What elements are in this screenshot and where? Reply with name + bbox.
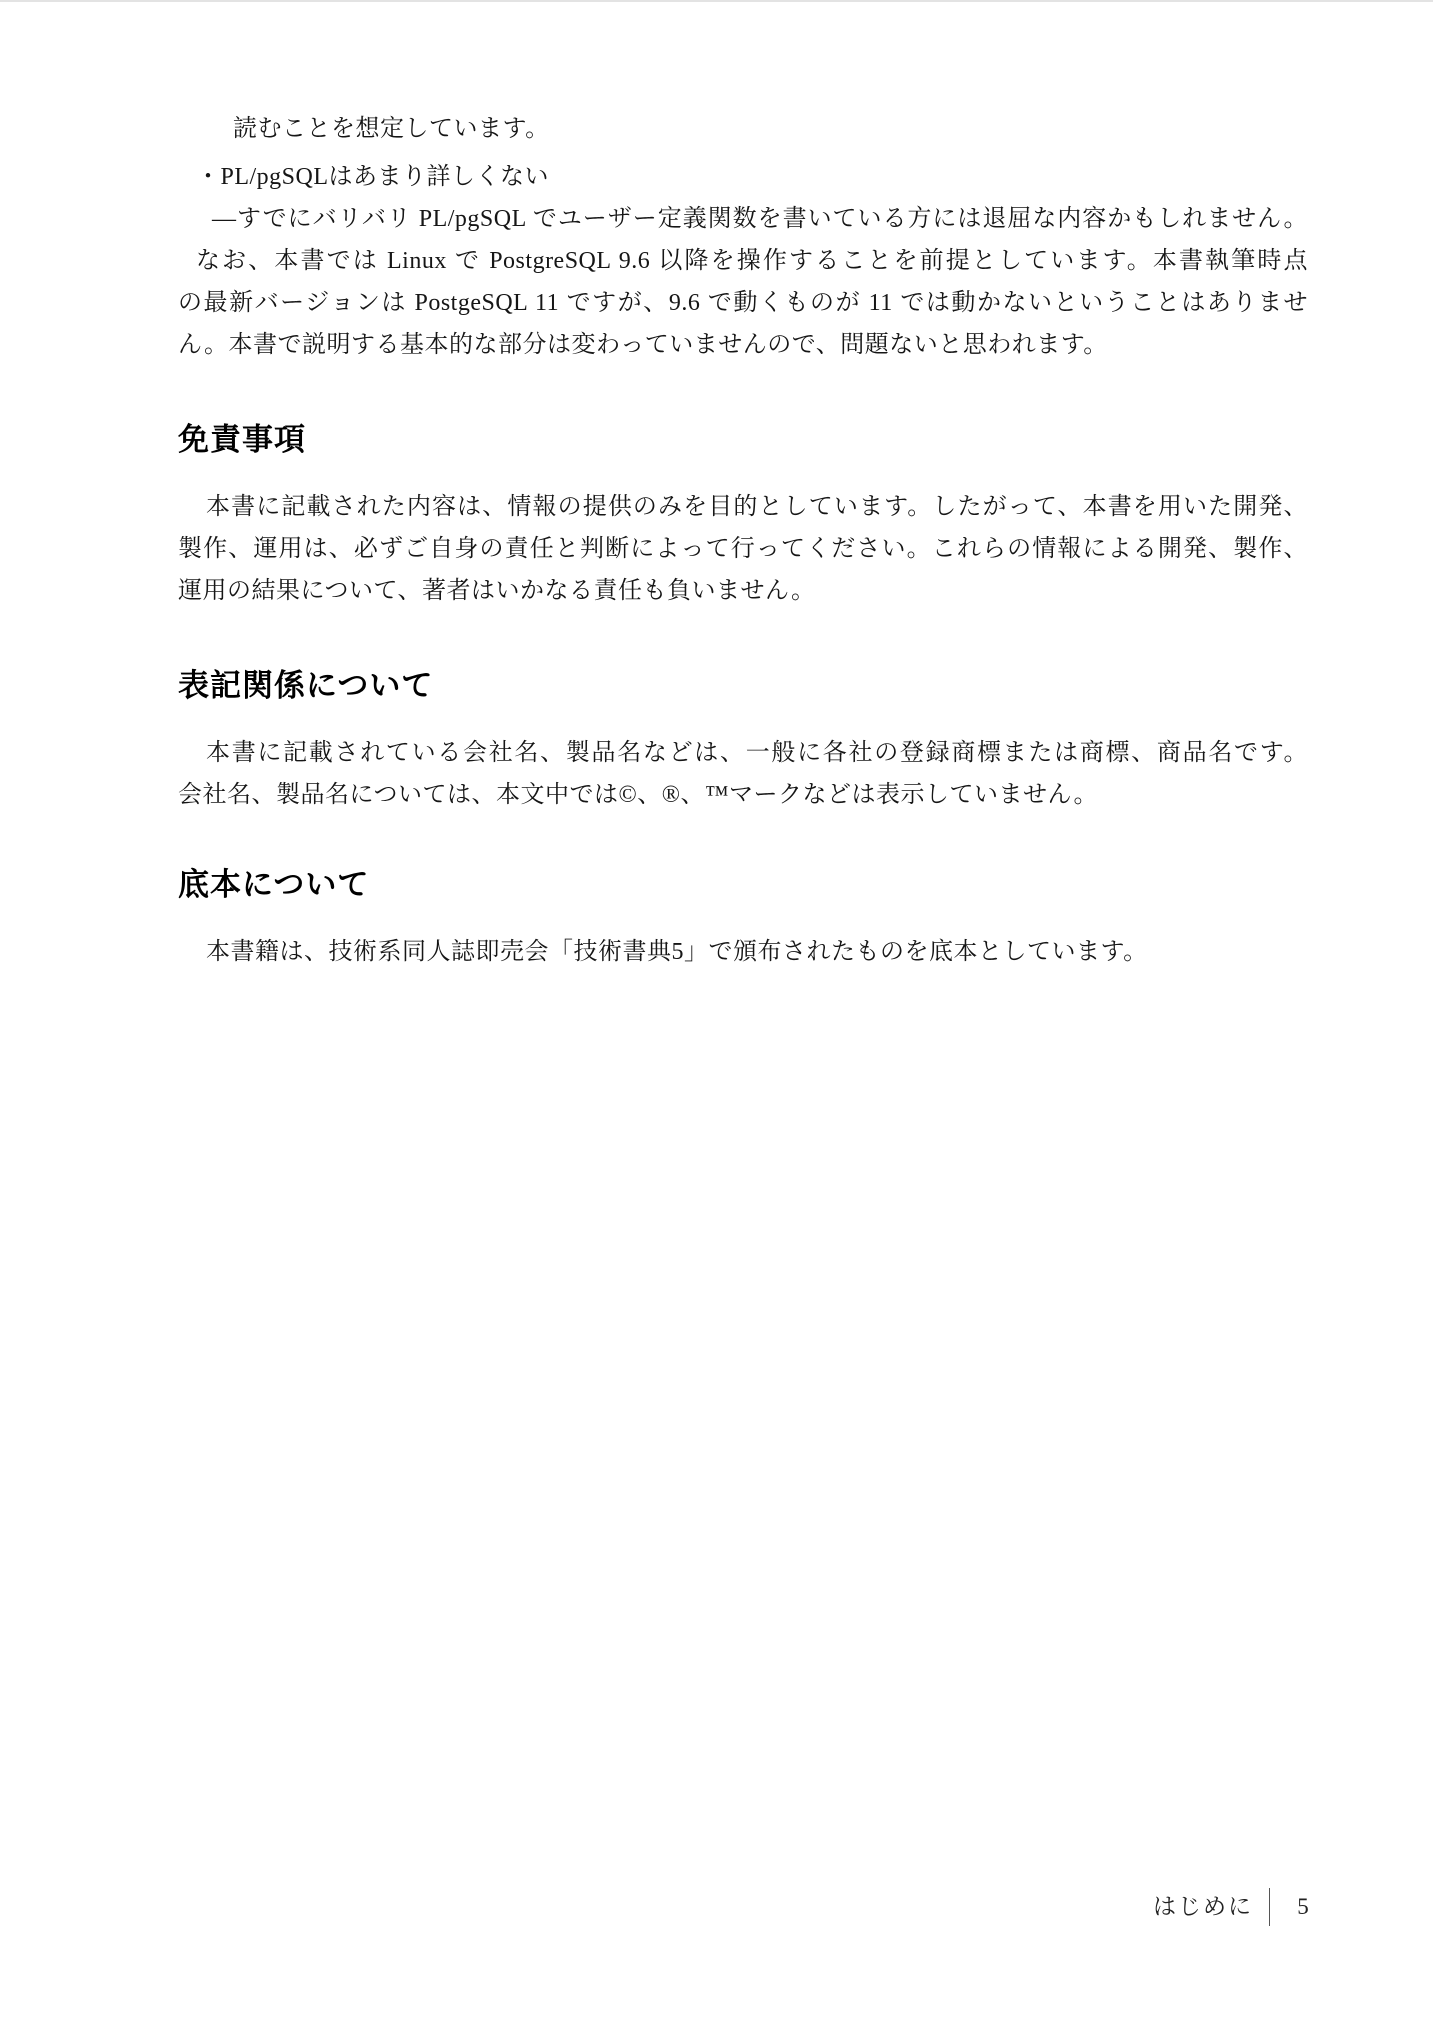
document-page: 読むことを想定しています。・PL/pgSQLはあまり詳しくない―すでにバリバリ …	[0, 0, 1433, 2024]
text-line: 本書に記載されている会社名、製品名などは、一般に各社の登録商標または商標、商品名…	[178, 732, 1308, 774]
text-line: 本書に記載された内容は、情報の提供のみを目的としています。したがって、本書を用い…	[178, 486, 1308, 528]
section-heading: 表記関係について	[178, 663, 1308, 709]
document-section: 底本について本書籍は、技術系同人誌即売会「技術書典5」で頒布されたものを底本とし…	[178, 862, 1308, 973]
text-line: 製作、運用は、必ずご自身の責任と判断によって行ってください。これらの情報による開…	[178, 528, 1308, 570]
intro-block: 読むことを想定しています。・PL/pgSQLはあまり詳しくない―すでにバリバリ …	[178, 108, 1308, 366]
footer-page-number: 5	[1296, 1886, 1310, 1928]
section-heading: 底本について	[178, 862, 1308, 908]
footer-section-label: はじめに	[1153, 1886, 1253, 1928]
text-line: 読むことを想定しています。	[178, 108, 1308, 150]
text-line: ・PL/pgSQLはあまり詳しくない	[178, 156, 1308, 198]
document-section: 免責事項本書に記載された内容は、情報の提供のみを目的としています。したがって、本…	[178, 417, 1308, 612]
text-line: 運用の結果について、著者はいかなる責任も負いません。	[178, 570, 1308, 612]
text-line: 会社名、製品名については、本文中では©、®、™マークなどは表示していません。	[178, 774, 1308, 816]
section-heading: 免責事項	[178, 417, 1308, 463]
document-section: 表記関係について本書に記載されている会社名、製品名などは、一般に各社の登録商標ま…	[178, 663, 1308, 816]
footer-divider	[1269, 1888, 1270, 1926]
text-line: なお、本書では Linux で PostgreSQL 9.6 以降を操作すること…	[178, 240, 1308, 282]
text-line: 本書籍は、技術系同人誌即売会「技術書典5」で頒布されたものを底本としています。	[178, 931, 1308, 973]
text-line: ―すでにバリバリ PL/pgSQL でユーザー定義関数を書いている方には退屈な内…	[178, 198, 1308, 240]
text-line: の最新バージョンは PostgeSQL 11 ですが、9.6 で動くものが 11…	[178, 282, 1308, 324]
text-line: ん。本書で説明する基本的な部分は変わっていませんので、問題ないと思われます。	[178, 324, 1308, 366]
page-footer: はじめに 5	[1153, 1886, 1310, 1928]
